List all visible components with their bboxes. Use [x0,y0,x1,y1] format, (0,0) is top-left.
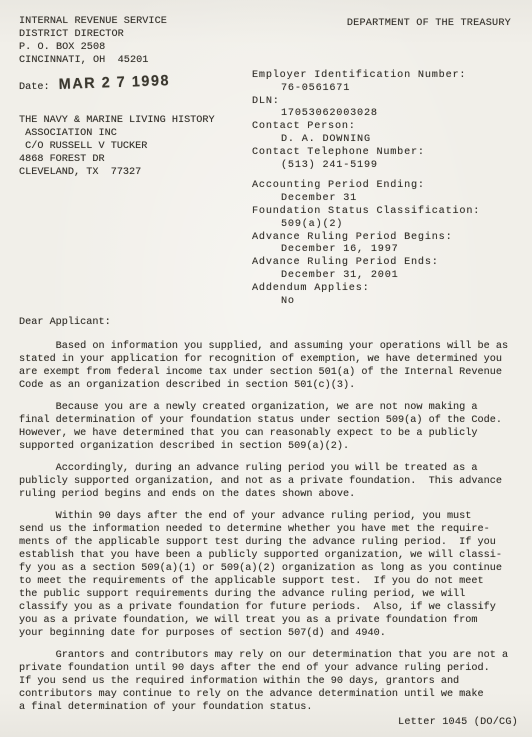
body-paragraph: Within 90 days after the end of your adv… [19,510,524,640]
info-label: Addendum Applies: [252,283,528,296]
info-label: DLN: [252,96,528,109]
info-label: Accounting Period Ending: [252,180,528,193]
info-value: December 16, 1997 [252,244,528,257]
letter-body: Dear Applicant: Based on information you… [19,316,524,723]
info-value: 76-0561671 [252,83,528,96]
info-value: (513) 241-5199 [252,160,528,173]
body-paragraph: Based on information you supplied, and a… [19,340,524,392]
sender-address: INTERNAL REVENUE SERVICE DISTRICT DIRECT… [19,15,167,67]
info-value: D. A. DOWNING [252,134,528,147]
date-label: Date: [19,81,50,94]
info-value: 509(a)(2) [252,219,528,232]
info-value: December 31 [252,193,528,206]
info-row: Advance Ruling Period Begins: December 1… [252,232,528,258]
letter-page: { "colors": { "paper": "#f1efe9", "ink":… [0,0,532,737]
body-paragraph: Grantors and contributors may rely on ou… [19,649,524,714]
info-row: DLN: 17053062003028 [252,96,528,122]
agency-name: DEPARTMENT OF THE TREASURY [347,17,511,30]
info-row: Contact Person: D. A. DOWNING [252,121,528,147]
info-row: Contact Telephone Number: (513) 241-5199 [252,147,528,173]
date-stamp: MAR 2 7 1998 [58,74,170,91]
info-label: Employer Identification Number: [252,70,528,83]
info-label: Advance Ruling Period Ends: [252,257,528,270]
info-label: Advance Ruling Period Begins: [252,232,528,245]
info-value: No [252,296,528,309]
footer-label: Letter 1045 (DO/CG) [398,716,518,729]
info-row: Advance Ruling Period Ends: December 31,… [252,257,528,283]
info-label: Contact Telephone Number: [252,147,528,160]
info-row: Addendum Applies: No [252,283,528,309]
info-row: Foundation Status Classification: 509(a)… [252,206,528,232]
recipient-address: THE NAVY & MARINE LIVING HISTORY ASSOCIA… [19,114,215,179]
body-paragraph: Accordingly, during an advance ruling pe… [19,462,524,501]
info-panel: Employer Identification Number: 76-05616… [252,70,528,308]
salutation: Dear Applicant: [19,316,524,329]
info-value: December 31, 2001 [252,270,528,283]
date-line: Date:MAR 2 7 1998 [19,78,175,94]
info-row: Employer Identification Number: 76-05616… [252,70,528,96]
info-value: 17053062003028 [252,108,528,121]
info-label: Contact Person: [252,121,528,134]
info-label: Foundation Status Classification: [252,206,528,219]
body-paragraph: Because you are a newly created organiza… [19,401,524,453]
info-row: Accounting Period Ending: December 31 [252,180,528,206]
